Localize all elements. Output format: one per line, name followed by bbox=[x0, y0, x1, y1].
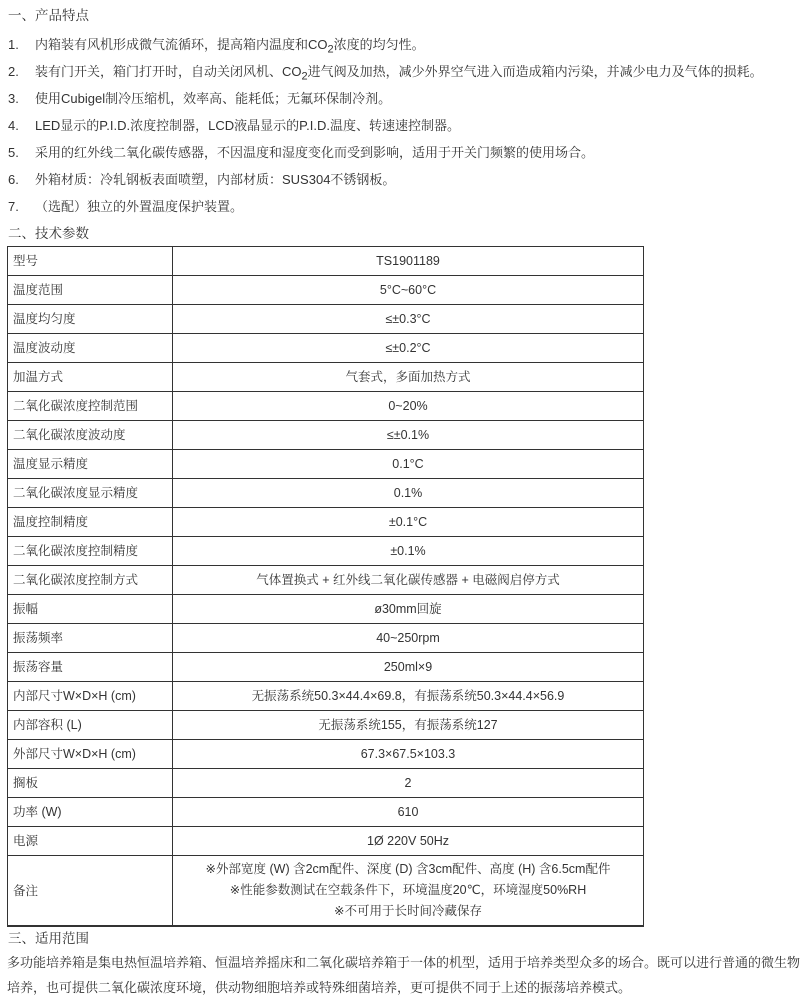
spec-label: 温度控制精度 bbox=[8, 508, 173, 537]
feature-item-5: 5. 采用的红外线二氧化碳传感器，不因温度和湿度变化而受到影响，适用于开关门频繁… bbox=[8, 145, 795, 160]
spec-label: 振幅 bbox=[8, 595, 173, 624]
feature-item-6: 6. 外箱材质：冷轧钢板表面喷塑，内部材质：SUS304不锈钢板。 bbox=[8, 172, 795, 187]
table-row: 温度显示精度0.1°C bbox=[8, 450, 644, 479]
feature-number: 2. bbox=[8, 64, 35, 79]
spec-notes-cell: ※外部宽度 (W) 含2cm配件、深度 (D) 含3cm配件、高度 (H) 含6… bbox=[173, 856, 644, 927]
section-title-scope: 三、适用范围 bbox=[8, 931, 795, 946]
table-row: 振幅ø30mm回旋 bbox=[8, 595, 644, 624]
feature-text: LED显示的P.I.D.浓度控制器，LCD液晶显示的P.I.D.温度、转速速控制… bbox=[35, 118, 795, 133]
spec-value: 40~250rpm bbox=[173, 624, 644, 653]
table-row: 二氧化碳浓度显示精度0.1% bbox=[8, 479, 644, 508]
feature-text: 外箱材质：冷轧钢板表面喷塑，内部材质：SUS304不锈钢板。 bbox=[35, 172, 795, 187]
spec-value: 气体置换式 + 红外线二氧化碳传感器 + 电磁阀启停方式 bbox=[173, 566, 644, 595]
spec-label: 外部尺寸W×D×H (cm) bbox=[8, 740, 173, 769]
spec-table: 型号TS1901189 温度范围5°C~60°C 温度均匀度≤±0.3°C 温度… bbox=[7, 246, 644, 927]
table-row-notes: 备注 ※外部宽度 (W) 含2cm配件、深度 (D) 含3cm配件、高度 (H)… bbox=[8, 856, 644, 927]
spec-value: 250ml×9 bbox=[173, 653, 644, 682]
spec-label: 型号 bbox=[8, 247, 173, 276]
table-row: 温度控制精度±0.1°C bbox=[8, 508, 644, 537]
spec-label: 备注 bbox=[8, 856, 173, 927]
table-row: 加温方式气套式，多面加热方式 bbox=[8, 363, 644, 392]
feature-number: 4. bbox=[8, 118, 35, 133]
spec-label: 二氧化碳浓度控制范围 bbox=[8, 392, 173, 421]
spec-value: 无振荡系统155，有振荡系统127 bbox=[173, 711, 644, 740]
table-row: 搁板2 bbox=[8, 769, 644, 798]
spec-value: 0~20% bbox=[173, 392, 644, 421]
feature-number: 6. bbox=[8, 172, 35, 187]
scope-paragraph: 多功能培养箱是集电热恒温培养箱、恒温培养摇床和二氧化碳培养箱于一体的机型，适用于… bbox=[7, 950, 800, 1000]
section-title-specs: 二、技术参数 bbox=[8, 226, 795, 241]
spec-value: TS1901189 bbox=[173, 247, 644, 276]
feature-text: 使用Cubigel制冷压缩机，效率高、能耗低；无氟环保制冷剂。 bbox=[35, 91, 795, 106]
spec-value: 1Ø 220V 50Hz bbox=[173, 827, 644, 856]
feature-item-1: 1. 内箱装有风机形成微气流循环，提高箱内温度和CO2浓度的均匀性。 bbox=[8, 37, 795, 52]
feature-item-7: 7. （选配）独立的外置温度保护装置。 bbox=[8, 199, 795, 214]
table-row: 二氧化碳浓度控制范围0~20% bbox=[8, 392, 644, 421]
spec-label: 搁板 bbox=[8, 769, 173, 798]
feature-text: 内箱装有风机形成微气流循环，提高箱内温度和CO2浓度的均匀性。 bbox=[35, 37, 795, 52]
spec-value: ±0.1% bbox=[173, 537, 644, 566]
feature-item-3: 3. 使用Cubigel制冷压缩机，效率高、能耗低；无氟环保制冷剂。 bbox=[8, 91, 795, 106]
note-line-3: ※不可用于长时间冷藏保存 bbox=[177, 901, 639, 922]
feature-text: 采用的红外线二氧化碳传感器，不因温度和湿度变化而受到影响，适用于开关门频繁的使用… bbox=[35, 145, 795, 160]
feature-number: 3. bbox=[8, 91, 35, 106]
note-line-2: ※性能参数测试在空载条件下，环境温度20℃，环境湿度50%RH bbox=[177, 880, 639, 901]
table-row: 振荡容量250ml×9 bbox=[8, 653, 644, 682]
document-page: 一、产品特点 1. 内箱装有风机形成微气流循环，提高箱内温度和CO2浓度的均匀性… bbox=[0, 0, 800, 1000]
table-row: 温度波动度≤±0.2°C bbox=[8, 334, 644, 363]
spec-label: 温度均匀度 bbox=[8, 305, 173, 334]
section-title-features: 一、产品特点 bbox=[8, 8, 795, 23]
spec-label: 内部容积 (L) bbox=[8, 711, 173, 740]
spec-value: 610 bbox=[173, 798, 644, 827]
spec-value: 气套式，多面加热方式 bbox=[173, 363, 644, 392]
spec-label: 温度波动度 bbox=[8, 334, 173, 363]
table-row: 二氧化碳浓度控制方式气体置换式 + 红外线二氧化碳传感器 + 电磁阀启停方式 bbox=[8, 566, 644, 595]
spec-value: 无振荡系统50.3×44.4×69.8，有振荡系统50.3×44.4×56.9 bbox=[173, 682, 644, 711]
table-row: 内部容积 (L)无振荡系统155，有振荡系统127 bbox=[8, 711, 644, 740]
table-row: 型号TS1901189 bbox=[8, 247, 644, 276]
feature-number: 1. bbox=[8, 37, 35, 52]
spec-value: ≤±0.3°C bbox=[173, 305, 644, 334]
spec-value: ø30mm回旋 bbox=[173, 595, 644, 624]
spec-value: 67.3×67.5×103.3 bbox=[173, 740, 644, 769]
feature-number: 7. bbox=[8, 199, 35, 214]
table-row: 内部尺寸W×D×H (cm)无振荡系统50.3×44.4×69.8，有振荡系统5… bbox=[8, 682, 644, 711]
spec-value: ±0.1°C bbox=[173, 508, 644, 537]
table-row: 功率 (W)610 bbox=[8, 798, 644, 827]
spec-value: ≤±0.2°C bbox=[173, 334, 644, 363]
spec-label: 振荡容量 bbox=[8, 653, 173, 682]
table-row: 振荡频率40~250rpm bbox=[8, 624, 644, 653]
spec-label: 温度范围 bbox=[8, 276, 173, 305]
spec-label: 二氧化碳浓度波动度 bbox=[8, 421, 173, 450]
spec-label: 内部尺寸W×D×H (cm) bbox=[8, 682, 173, 711]
spec-value: 0.1% bbox=[173, 479, 644, 508]
feature-text: 装有门开关，箱门打开时，自动关闭风机、CO2进气阀及加热，减少外界空气进入而造成… bbox=[35, 64, 795, 79]
spec-value: 2 bbox=[173, 769, 644, 798]
spec-label: 二氧化碳浓度控制精度 bbox=[8, 537, 173, 566]
note-line-1: ※外部宽度 (W) 含2cm配件、深度 (D) 含3cm配件、高度 (H) 含6… bbox=[177, 859, 639, 880]
spec-value: ≤±0.1% bbox=[173, 421, 644, 450]
feature-number: 5. bbox=[8, 145, 35, 160]
spec-value: 5°C~60°C bbox=[173, 276, 644, 305]
spec-label: 二氧化碳浓度控制方式 bbox=[8, 566, 173, 595]
feature-item-2: 2. 装有门开关，箱门打开时，自动关闭风机、CO2进气阀及加热，减少外界空气进入… bbox=[8, 64, 795, 79]
feature-item-4: 4. LED显示的P.I.D.浓度控制器，LCD液晶显示的P.I.D.温度、转速… bbox=[8, 118, 795, 133]
table-row: 二氧化碳浓度控制精度±0.1% bbox=[8, 537, 644, 566]
spec-value: 0.1°C bbox=[173, 450, 644, 479]
spec-label: 功率 (W) bbox=[8, 798, 173, 827]
feature-text: （选配）独立的外置温度保护装置。 bbox=[35, 199, 795, 214]
table-row: 外部尺寸W×D×H (cm)67.3×67.5×103.3 bbox=[8, 740, 644, 769]
table-row: 温度范围5°C~60°C bbox=[8, 276, 644, 305]
table-row: 温度均匀度≤±0.3°C bbox=[8, 305, 644, 334]
table-row: 电源1Ø 220V 50Hz bbox=[8, 827, 644, 856]
spec-label: 加温方式 bbox=[8, 363, 173, 392]
table-row: 二氧化碳浓度波动度≤±0.1% bbox=[8, 421, 644, 450]
spec-label: 电源 bbox=[8, 827, 173, 856]
spec-label: 温度显示精度 bbox=[8, 450, 173, 479]
spec-label: 振荡频率 bbox=[8, 624, 173, 653]
spec-label: 二氧化碳浓度显示精度 bbox=[8, 479, 173, 508]
